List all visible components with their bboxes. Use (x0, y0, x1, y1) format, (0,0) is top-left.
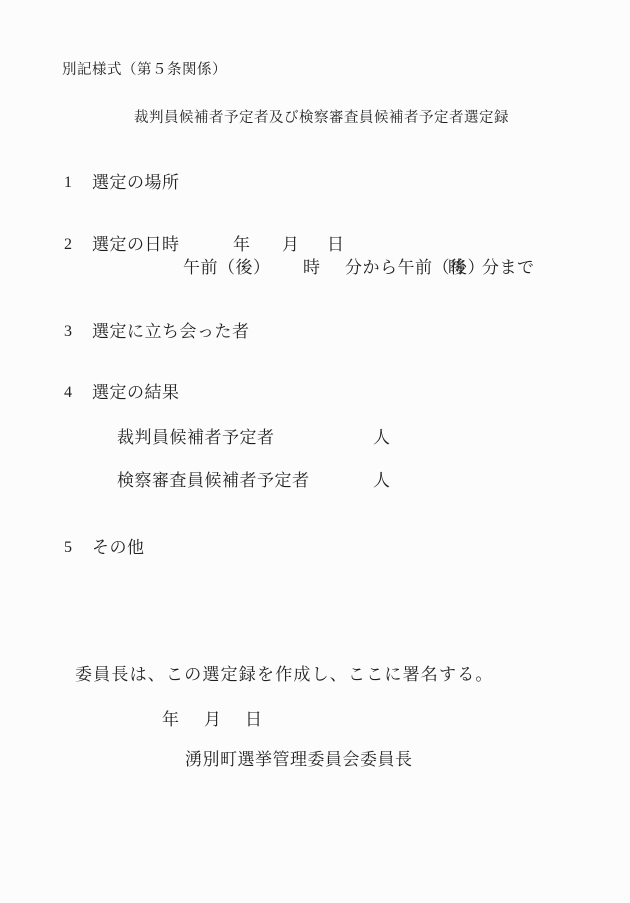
section-4-label: 選定の結果 (92, 384, 180, 403)
time-minute-end-label: 分まで (482, 259, 535, 278)
document-page: 別記様式（第５条関係） 裁判員候補者予定者及び検察審査員候補者予定者選定録 1 … (0, 0, 630, 903)
section-4-number: 4 (64, 384, 73, 402)
closing-month-label: 月 (204, 711, 222, 730)
date-month-label: 月 (282, 236, 300, 255)
signer-title: 湧別町選挙管理委員会委員長 (185, 751, 413, 770)
closing-statement: 委員長は、この選定録を作成し、ここに署名する。 (75, 666, 494, 685)
section-2-number: 2 (64, 236, 73, 254)
section-1-label: 選定の場所 (92, 174, 180, 193)
result-row-juror-unit: 人 (373, 429, 391, 448)
time-hour-start-label: 時 (303, 259, 321, 278)
document-title: 裁判員候補者予定者及び検察審査員候補者予定者選定録 (134, 111, 509, 127)
section-3-label: 選定に立ち会った者 (92, 323, 250, 342)
closing-day-label: 日 (245, 711, 263, 730)
closing-year-label: 年 (162, 711, 180, 730)
date-year-label: 年 (233, 236, 251, 255)
section-5-number: 5 (64, 539, 73, 557)
time-hour-end-label: 時 (448, 259, 466, 278)
section-3-number: 3 (64, 323, 73, 341)
time-ampm-start-label: 午前（後） (183, 259, 271, 278)
result-row-juror-label: 裁判員候補者予定者 (117, 429, 275, 448)
section-5-label: その他 (92, 539, 145, 558)
section-1-number: 1 (64, 174, 73, 192)
section-2-label: 選定の日時 (92, 236, 180, 255)
result-row-examiner-label: 検察審査員候補者予定者 (117, 472, 310, 491)
result-row-examiner-unit: 人 (373, 472, 391, 491)
form-note: 別記様式（第５条関係） (62, 63, 227, 79)
date-day-label: 日 (327, 236, 345, 255)
